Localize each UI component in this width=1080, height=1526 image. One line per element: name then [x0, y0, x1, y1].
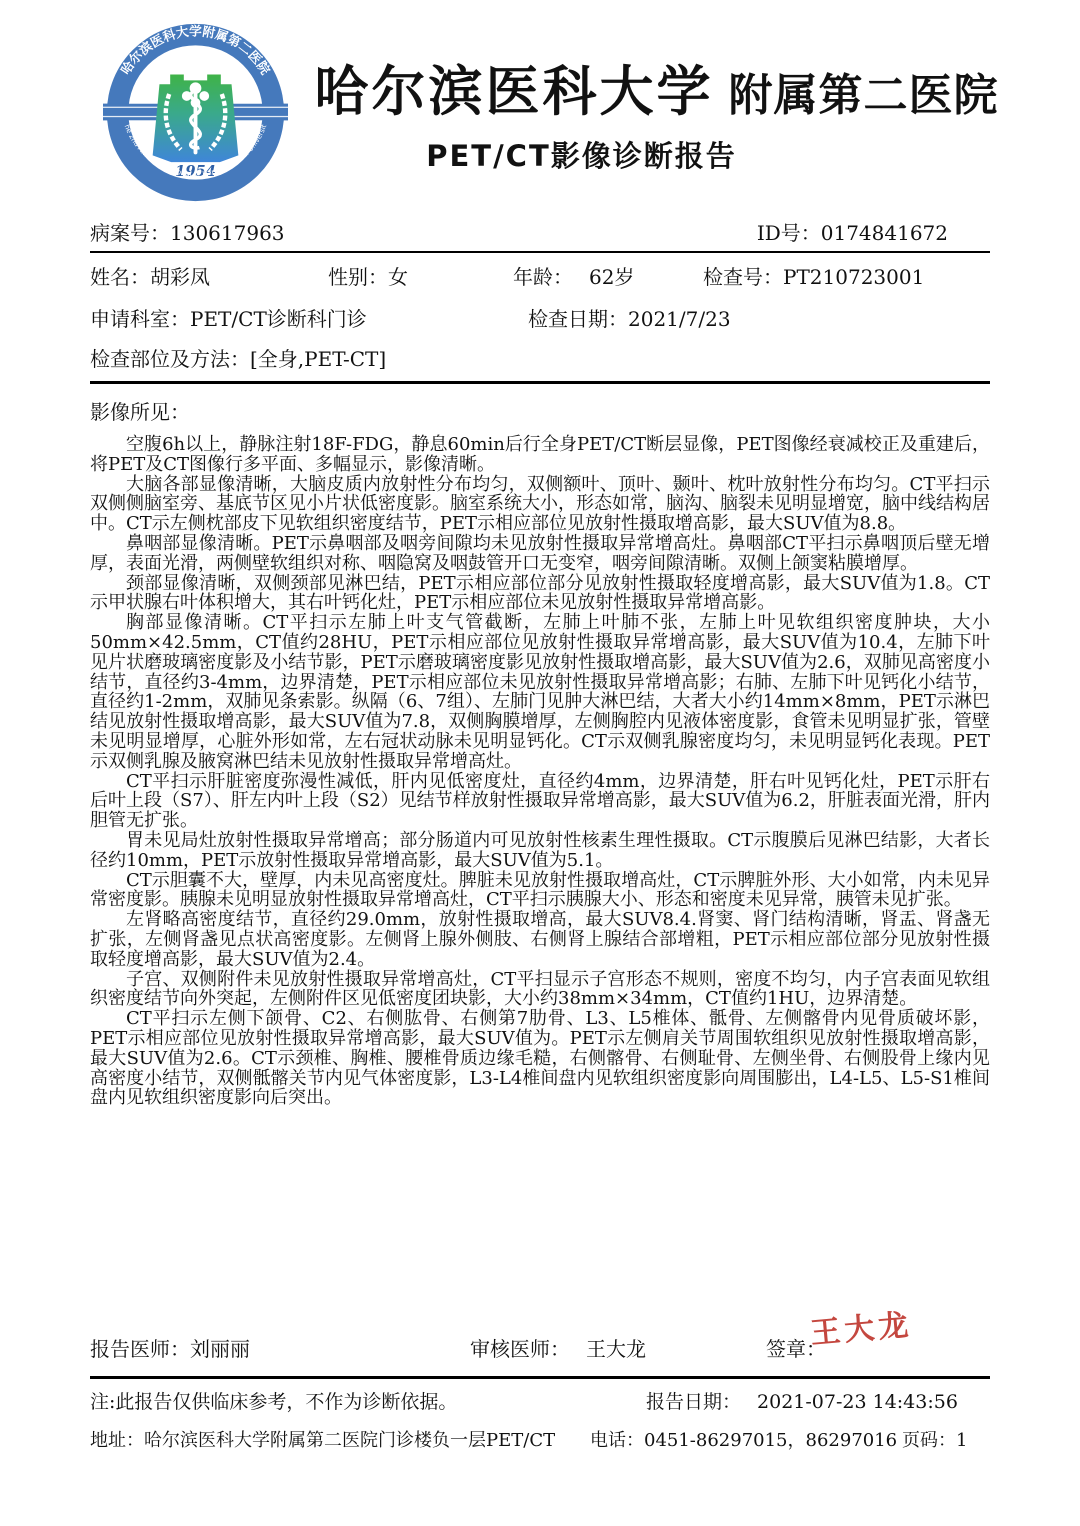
report-doctor-label: 报告医师： — [90, 1337, 190, 1361]
note-date-row: 注:此报告仅供临床参考，不作为诊断依据。 报告日期：2021-07-23 14:… — [90, 1379, 990, 1421]
exam-date-label: 检查日期： — [528, 307, 628, 331]
hospital-branch-name: 附属第二医院 — [729, 70, 999, 121]
findings-section-title: 影像所见： — [90, 396, 990, 425]
phone-value: 0451-86297015，86297016 — [644, 1430, 897, 1451]
exam-method-row: 检查部位及方法：[全身,PET-CT] — [90, 337, 990, 377]
record-no-field: 病案号：130617963 — [90, 217, 285, 246]
patient-info-section: 病案号：130617963 ID号：0174841672 姓名：胡彩凤 性别：女… — [90, 213, 990, 384]
findings-paragraph: 胃未见局灶放射性摄取异常增高；部分肠道内可见放射性核素生理性摄取。CT示腹膜后见… — [90, 831, 990, 871]
report-header: 1954 哈尔滨医科大学附属第二医院 The 2nd Affiliated Ho… — [0, 0, 1080, 205]
record-no-value: 130617963 — [170, 221, 285, 245]
report-doctor-field: 报告医师：刘丽丽 — [90, 1333, 470, 1362]
findings-paragraph: 大脑各部显像清晰，大脑皮质内放射性分布均匀，双侧额叶、顶叶、颞叶、枕叶放射性分布… — [90, 475, 990, 534]
address-row: 地址：哈尔滨医科大学附属第二医院门诊楼负一层PET/CT 电话：0451-862… — [90, 1421, 990, 1457]
signature-stamp: 王大龙 — [808, 1300, 913, 1353]
page-number-value: 1 — [956, 1430, 967, 1451]
id-no-field: ID号：0174841672 — [757, 217, 990, 246]
dept-label: 申请科室： — [90, 307, 190, 331]
findings-paragraphs: 空腹6h以上，静脉注射18F-FDG，静息60min后行全身PET/CT断层显像… — [90, 435, 990, 1108]
age-value: 62岁 — [589, 265, 634, 289]
findings-paragraph: 颈部显像清晰，双侧颈部见淋巴结，PET示相应部位部分见放射性摄取轻度增高影，最大… — [90, 574, 990, 614]
findings-paragraph: 胸部显像清晰。CT平扫示左肺上叶支气管截断，左肺上叶肺不张，左肺上叶见软组织密度… — [90, 613, 990, 771]
id-no-label: ID号： — [757, 221, 821, 245]
report-date-label: 报告日期： — [646, 1391, 741, 1413]
report-date-field: 报告日期：2021-07-23 14:43:56 — [646, 1387, 958, 1414]
findings-paragraph: 左肾略高密度结节，直径约29.0mm，放射性摄取增高，最大SUV8.4.肾窦、肾… — [90, 910, 990, 969]
name-field: 姓名：胡彩凤 — [90, 261, 328, 290]
report-date-value: 2021-07-23 14:43:56 — [757, 1391, 958, 1413]
exam-method-label: 检查部位及方法： — [90, 347, 250, 371]
findings-paragraph: 鼻咽部显像清晰。PET示鼻咽部及咽旁间隙均未见放射性摄取异常增高灶。鼻咽部CT平… — [90, 534, 990, 574]
exam-date-value: 2021/7/23 — [628, 307, 731, 331]
record-no-label: 病案号： — [90, 221, 170, 245]
exam-date-field: 检查日期：2021/7/23 — [528, 303, 731, 332]
gender-field: 性别：女 — [328, 261, 513, 290]
findings-paragraph: CT平扫示左侧下颌骨、C2、右侧肱骨、右侧第7肋骨、L3、L5椎体、骶骨、左侧髂… — [90, 1009, 990, 1108]
dept-date-row: 申请科室：PET/CT诊断科门诊 检查日期：2021/7/23 — [90, 297, 990, 337]
name-gender-age-row: 姓名：胡彩凤 性别：女 年龄：62岁 检查号：PT210723001 — [90, 253, 990, 297]
address-label: 地址： — [90, 1430, 144, 1451]
report-doctor-value: 刘丽丽 — [190, 1337, 250, 1361]
phone-label: 电话： — [590, 1430, 644, 1451]
dept-value: PET/CT诊断科门诊 — [190, 307, 367, 331]
address-value: 哈尔滨医科大学附属第二医院门诊楼负一层PET/CT — [144, 1430, 555, 1451]
id-no-value: 0174841672 — [821, 221, 948, 245]
header-titles: 哈尔滨医科大学 附属第二医院 PET/CT影像诊断报告 — [288, 20, 1025, 175]
exam-no-value: PT210723001 — [783, 265, 924, 289]
address-field: 地址：哈尔滨医科大学附属第二医院门诊楼负一层PET/CT — [90, 1426, 590, 1452]
page-number-label: 页码： — [902, 1430, 956, 1451]
hospital-name-line: 哈尔滨医科大学 附属第二医院 — [288, 64, 1025, 118]
exam-no-label: 检查号： — [703, 265, 783, 289]
gender-label: 性别： — [328, 265, 388, 289]
exam-method-field: 检查部位及方法：[全身,PET-CT] — [90, 343, 386, 372]
age-field: 年龄：62岁 — [513, 261, 703, 290]
exam-no-field: 检查号：PT210723001 — [703, 261, 924, 290]
review-doctor-field: 审核医师：王大龙 — [470, 1333, 766, 1362]
report-title: PET/CT影像诊断报告 — [288, 134, 875, 175]
divider-line-thick — [90, 381, 990, 384]
name-label: 姓名： — [90, 265, 150, 289]
report-footer: 报告医师：刘丽丽 审核医师：王大龙 签章： 王大龙 注:此报告仅供临床参考，不作… — [90, 1322, 990, 1457]
doctors-row: 报告医师：刘丽丽 审核医师：王大龙 签章： 王大龙 — [90, 1322, 990, 1372]
dept-field: 申请科室：PET/CT诊断科门诊 — [90, 303, 528, 332]
hospital-logo: 1954 哈尔滨医科大学附属第二医院 The 2nd Affiliated Ho… — [103, 20, 288, 205]
findings-paragraph: CT平扫示肝脏密度弥漫性减低，肝内见低密度灶，直径约4mm，边界清楚，肝右叶见钙… — [90, 772, 990, 831]
phone-field: 电话：0451-86297015，86297016 — [590, 1426, 902, 1452]
gender-value: 女 — [388, 265, 408, 289]
name-value: 胡彩凤 — [150, 265, 210, 289]
findings-paragraph: 子宫、双侧附件未见放射性摄取异常增高灶，CT平扫显示子宫形态不规则，密度不均匀，… — [90, 970, 990, 1010]
review-doctor-label: 审核医师： — [470, 1337, 570, 1361]
page-number-field: 页码：1 — [902, 1426, 967, 1452]
age-label: 年龄： — [513, 265, 573, 289]
findings-paragraph: 空腹6h以上，静脉注射18F-FDG，静息60min后行全身PET/CT断层显像… — [90, 435, 990, 475]
findings-section: 影像所见： 空腹6h以上，静脉注射18F-FDG，静息60min后行全身PET/… — [90, 396, 990, 1326]
hospital-name-calligraphy: 哈尔滨医科大学 — [314, 59, 713, 123]
findings-paragraph: CT示胆囊不大，壁厚，内未见高密度灶。脾脏未见放射性摄取增高灶，CT示脾脏外形、… — [90, 871, 990, 911]
disclaimer-note: 注:此报告仅供临床参考，不作为诊断依据。 — [90, 1387, 646, 1414]
exam-method-value: [全身,PET-CT] — [250, 347, 386, 371]
report-page: 1954 哈尔滨医科大学附属第二医院 The 2nd Affiliated Ho… — [0, 0, 1080, 1526]
review-doctor-value: 王大龙 — [586, 1337, 646, 1361]
hospital-logo-icon: 1954 哈尔滨医科大学附属第二医院 The 2nd Affiliated Ho… — [103, 20, 288, 205]
record-id-row: 病案号：130617963 ID号：0174841672 — [90, 213, 990, 249]
